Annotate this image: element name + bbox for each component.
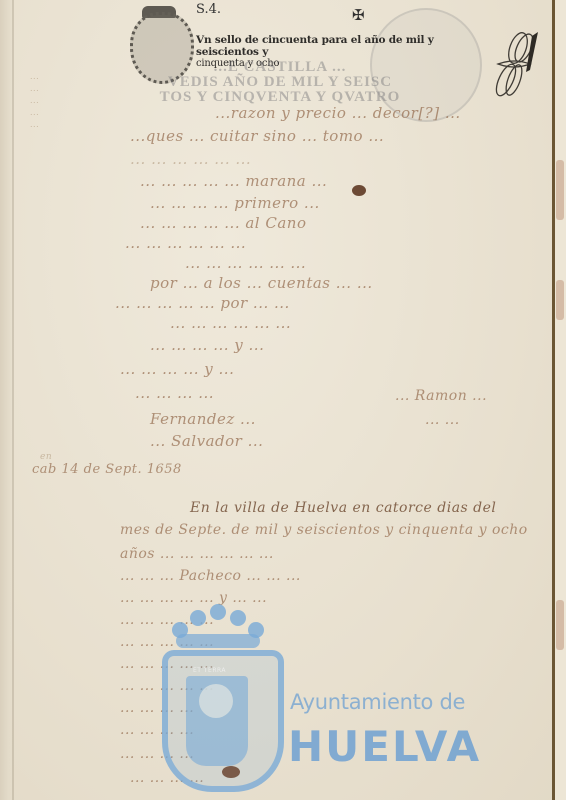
ghost-stamp-caps: ...E CASTILLA ... VEDIS AÑO DE MIL Y SEI… (70, 60, 490, 105)
cross-icon: ✠ (352, 6, 365, 24)
signature-4: ... ... (425, 412, 460, 428)
watermark-line-2: HUELVA (288, 722, 481, 771)
ink-stain (222, 766, 240, 778)
date-note-prefix: en (40, 452, 52, 462)
watermark-tree-icon (199, 684, 233, 718)
signature-1: Fernandez ... (150, 410, 256, 428)
manuscript-page: S.4. ✠ Vn sello de cincuenta para el año… (0, 0, 566, 800)
fold-line (12, 0, 14, 800)
signature-2: ... Salvador ... (150, 432, 263, 450)
stamp-line-1: Vn sello de cincuenta para el año de mil… (196, 34, 496, 58)
watermark-line-1: Ayuntamiento de (290, 690, 465, 714)
watermark-crown-band (176, 634, 260, 648)
date-note: cab 14 de Sept. 1658 (32, 462, 182, 477)
next-page-strip (555, 0, 566, 800)
folio-number: S.4. (196, 2, 221, 17)
signature-3: ... Ramon ... (395, 388, 487, 404)
ink-blot (352, 185, 366, 196)
watermark-motto: ET TERRA (193, 667, 226, 674)
notary-knot-sign-icon (488, 30, 540, 100)
